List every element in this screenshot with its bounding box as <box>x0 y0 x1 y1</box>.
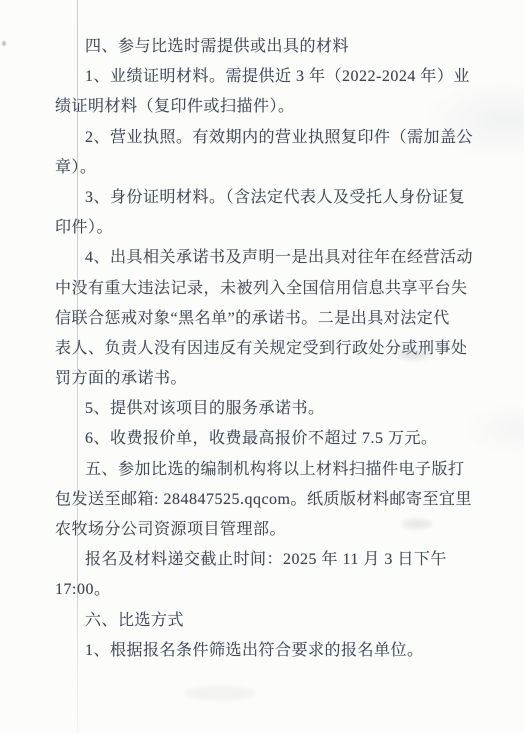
text-line: 表人、负责人没有因违反有关规定受到行政处分或刑事处 <box>55 334 475 364</box>
text-line: 四、参与比选时需提供或出具的材料 <box>55 32 475 62</box>
scan-speck <box>2 41 6 46</box>
text-line: 4、出具相关承诺书及声明一是出具对往年在经营活动 <box>55 243 475 273</box>
text-line: 六、比选方式 <box>55 606 475 636</box>
text-line: 6、收费报价单，收费最高报价不超过 7.5 万元。 <box>55 424 475 454</box>
text-line: 1、根据报名条件筛选出符合要求的报名单位。 <box>55 636 475 666</box>
scan-smudge <box>185 686 255 700</box>
text-line: 罚方面的承诺书。 <box>55 364 475 394</box>
text-line: 信联合惩戒对象“黑名单”的承诺书。二是出具对法定代 <box>55 304 475 334</box>
scanned-document-page: 四、参与比选时需提供或出具的材料1、业绩证明材料。需提供近 3 年（2022-2… <box>0 0 524 733</box>
text-line: 中没有重大违法记录，未被列入全国信用信息共享平台失 <box>55 274 475 304</box>
text-line: 17:00。 <box>55 575 475 605</box>
text-line: 报名及材料递交截止时间：2025 年 11 月 3 日下午 <box>55 545 475 575</box>
text-line: 绩证明材料（复印件或扫描件）。 <box>55 92 475 122</box>
text-line: 五、参加比选的编制机构将以上材料扫描件电子版打 <box>55 455 475 485</box>
text-line: 印件）。 <box>55 213 475 243</box>
text-line: 包发送至邮箱: 284847525.qqcom。纸质版材料邮寄至宜里 <box>55 485 475 515</box>
text-line: 5、提供对该项目的服务承诺书。 <box>55 394 475 424</box>
text-line: 2、营业执照。有效期内的营业执照复印件（需加盖公 <box>55 123 475 153</box>
text-line: 3、身份证明材料。（含法定代表人及受托人身份证复 <box>55 183 475 213</box>
text-line: 1、业绩证明材料。需提供近 3 年（2022-2024 年）业 <box>55 62 475 92</box>
text-line: 章）。 <box>55 153 475 183</box>
document-text-block: 四、参与比选时需提供或出具的材料1、业绩证明材料。需提供近 3 年（2022-2… <box>55 32 475 666</box>
text-line: 农牧场分公司资源项目管理部。 <box>55 515 475 545</box>
